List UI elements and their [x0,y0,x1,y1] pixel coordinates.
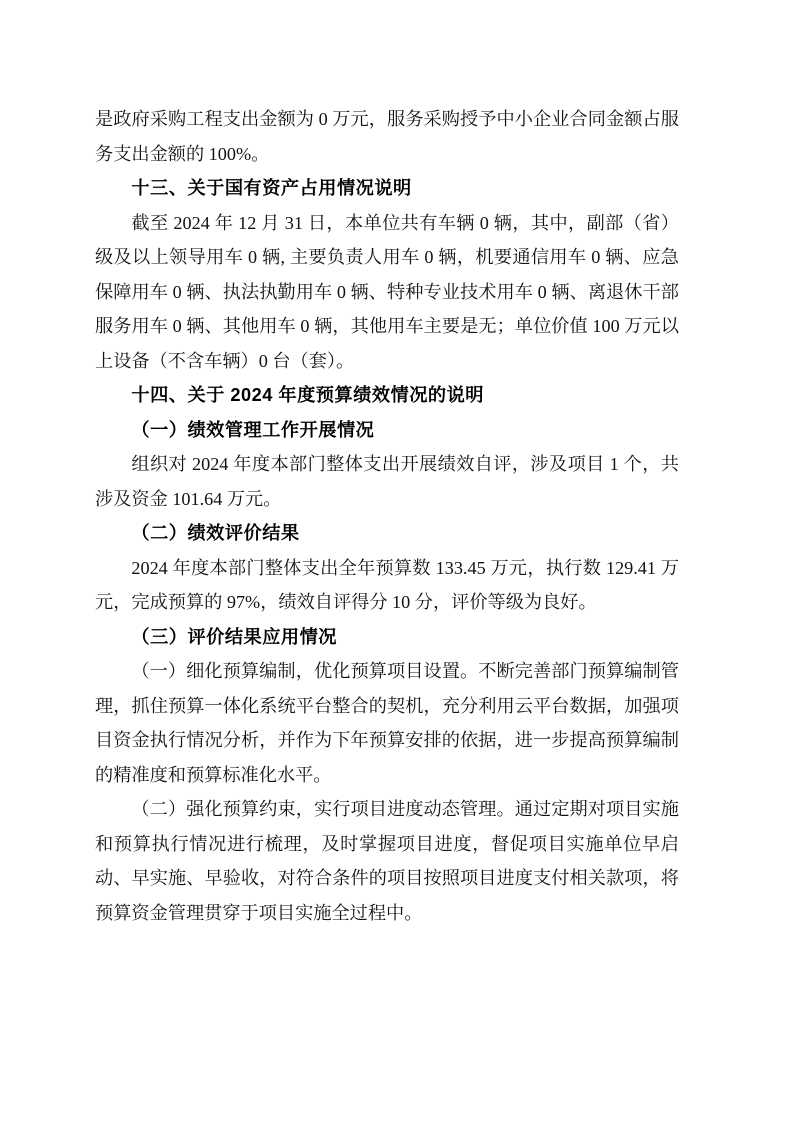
document-page: 是政府采购工程支出金额为 0 万元，服务采购授予中小企业合同金额占服务支出金额的… [0,0,793,1122]
section-heading: （一）绩效管理工作开展情况 [95,413,679,448]
paragraph: 是政府采购工程支出金额为 0 万元，服务采购授予中小企业合同金额占服务支出金额的… [95,102,679,171]
section-heading: （三）评价结果应用情况 [95,620,679,655]
paragraph: 组织对 2024 年度本部门整体支出开展绩效自评，涉及项目 1 个，共涉及资金 … [95,447,679,516]
paragraph: 2024 年度本部门整体支出全年预算数 133.45 万元，执行数 129.41… [95,551,679,620]
section-heading: （二）绩效评价结果 [95,516,679,551]
section-heading: 十三、关于国有资产占用情况说明 [95,171,679,206]
paragraph: （二）强化预算约束，实行项目进度动态管理。通过定期对项目实施和预算执行情况进行梳… [95,792,679,930]
document-body: 是政府采购工程支出金额为 0 万元，服务采购授予中小企业合同金额占服务支出金额的… [95,102,679,930]
paragraph: 截至 2024 年 12 月 31 日，本单位共有车辆 0 辆，其中，副部（省）… [95,206,679,379]
paragraph: （一）细化预算编制，优化预算项目设置。不断完善部门预算编制管理，抓住预算一体化系… [95,654,679,792]
section-heading: 十四、关于 2024 年度预算绩效情况的说明 [95,378,679,413]
